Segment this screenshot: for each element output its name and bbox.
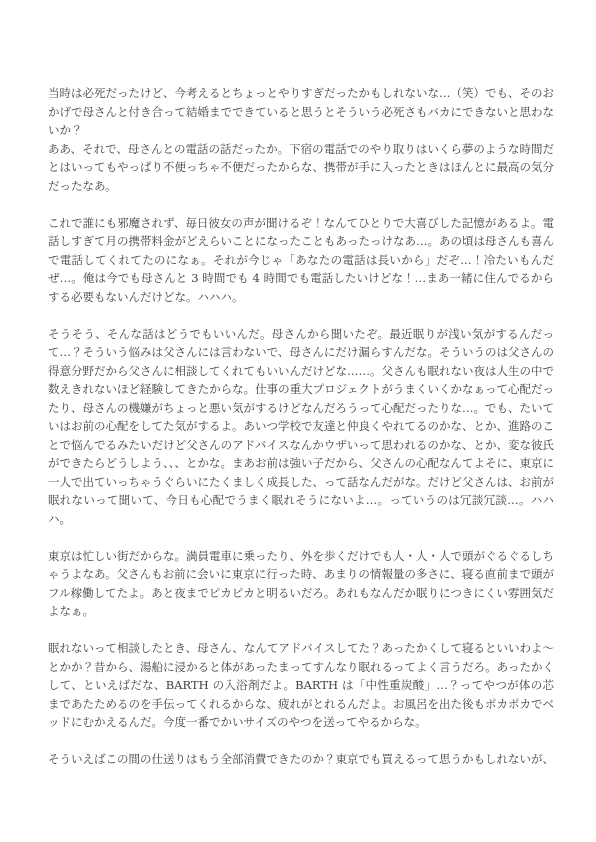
letter-block: そうそう、そんな話はどうでもいいんだ。母さんから聞いたぞ。最近眠りが浅い気がする… — [48, 325, 554, 529]
letter-block: これで誰にも邪魔されず、毎日彼女の声が聞けるぞ！なんてひとりで大喜びした記憶があ… — [48, 214, 554, 307]
letter-paragraph: そうそう、そんな話はどうでもいいんだ。母さんから聞いたぞ。最近眠りが浅い気がする… — [48, 325, 554, 529]
letter-block: 眠れないって相談したとき、母さん、なんてアドバイスしてた？あったかくして寝るとい… — [48, 639, 554, 732]
letter-paragraph: 東京は忙しい街だからな。満員電車に乗ったり、外を歩くだけでも人・人・人で頭がぐる… — [48, 547, 554, 621]
letter-body: 当時は必死だったけど、今考えるとちょっとやりすぎだったかもしれないな…（笑）でも… — [48, 84, 554, 769]
letter-paragraph: そういえばこの間の仕送りはもう全部消費できたのか？東京でも買えるって思うかもしれ… — [48, 750, 554, 769]
letter-paragraph: 眠れないって相談したとき、母さん、なんてアドバイスしてた？あったかくして寝るとい… — [48, 639, 554, 732]
letter-paragraph: これで誰にも邪魔されず、毎日彼女の声が聞けるぞ！なんてひとりで大喜びした記憶があ… — [48, 214, 554, 307]
letter-block: 当時は必死だったけど、今考えるとちょっとやりすぎだったかもしれないな…（笑）でも… — [48, 84, 554, 195]
letter-block: そういえばこの間の仕送りはもう全部消費できたのか？東京でも買えるって思うかもしれ… — [48, 750, 554, 769]
letter-paragraph: ああ、それで、母さんとの電話の話だったか。下宿の電話でのやり取りはいくら夢のよう… — [48, 140, 554, 196]
letter-page: 当時は必死だったけど、今考えるとちょっとやりすぎだったかもしれないな…（笑）でも… — [0, 0, 596, 842]
letter-block: 東京は忙しい街だからな。満員電車に乗ったり、外を歩くだけでも人・人・人で頭がぐる… — [48, 547, 554, 621]
letter-paragraph: 当時は必死だったけど、今考えるとちょっとやりすぎだったかもしれないな…（笑）でも… — [48, 84, 554, 140]
